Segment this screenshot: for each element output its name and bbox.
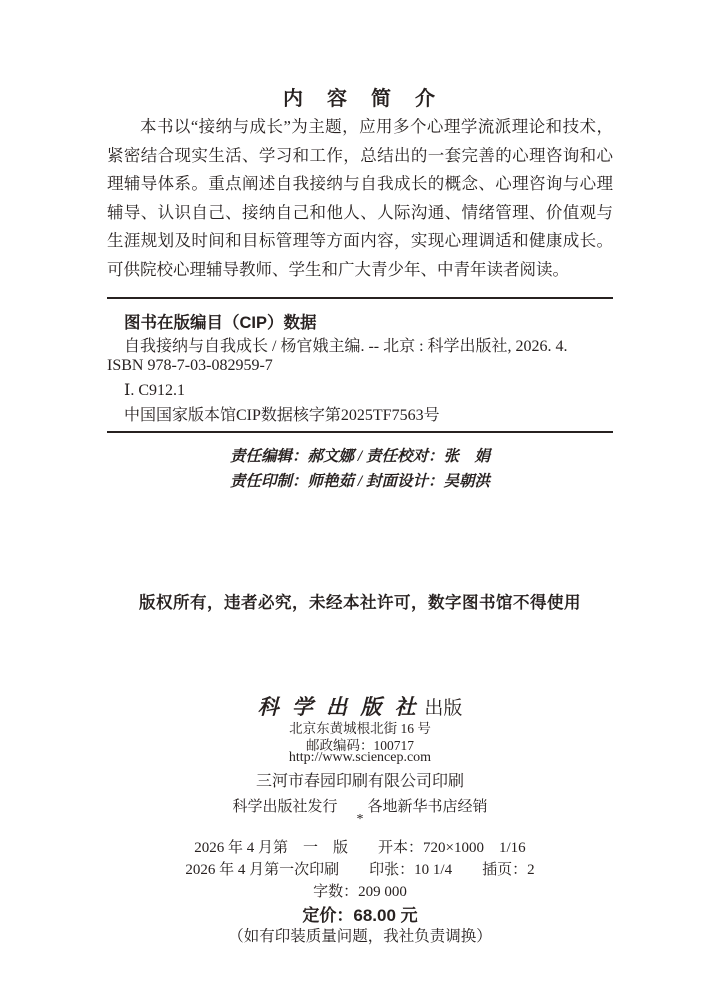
publisher-name: 科 学 出 版 社 [258, 695, 420, 719]
cip-bottom-rule [107, 431, 613, 433]
cip-classification: Ⅰ. C912.1 [107, 380, 630, 400]
publisher-website: http://www.sciencep.com [0, 750, 720, 766]
summary-title: 内 容 简 介 [0, 82, 720, 111]
cip-top-rule [107, 297, 613, 299]
price-line: 定价：68.00 元 [0, 901, 720, 926]
printer-line: 三河市春园印刷有限公司印刷 [0, 768, 720, 791]
publisher-suffix: 出版 [420, 698, 463, 719]
summary-paragraph: 本书以“接纳与成长”为主题，应用多个心理学流派理论和技术，紧密结合现实生活、学习… [107, 113, 613, 285]
cip-isbn: ISBN 978-7-03-082959-7 [107, 357, 613, 375]
cip-entry: 自我接纳与自我成长 / 杨官娥主编. -- 北京 : 科学出版社, 2026. … [107, 333, 630, 356]
credits-printing-coverdesign: 责任印制：师艳茹 / 封面设计：吴朝洪 [0, 469, 720, 491]
cip-heading: 图书在版编目（CIP）数据 [107, 309, 630, 333]
word-count-line: 字数：209 000 [0, 880, 720, 901]
cip-record-number: 中国国家版本馆CIP数据核字第2025TF7563号 [107, 402, 630, 425]
copyright-notice: 版权所有，违者必究，未经本社许可，数字图书馆不得使用 [0, 589, 720, 613]
book-copyright-page: 内 容 简 介 本书以“接纳与成长”为主题，应用多个心理学流派理论和技术，紧密结… [0, 0, 720, 1000]
edition-line: 2026 年 4 月第 一 版 开本：720×1000 1/16 [0, 836, 720, 857]
credits-editor-proofreader: 责任编辑：郝文娜 / 责任校对：张 娟 [0, 444, 720, 466]
impression-line: 2026 年 4 月第一次印刷 印张：10 1/4 插页：2 [0, 858, 720, 879]
separator-asterisk: * [0, 812, 720, 828]
quality-exchange-note: （如有印装质量问题，我社负责调换） [0, 924, 720, 946]
